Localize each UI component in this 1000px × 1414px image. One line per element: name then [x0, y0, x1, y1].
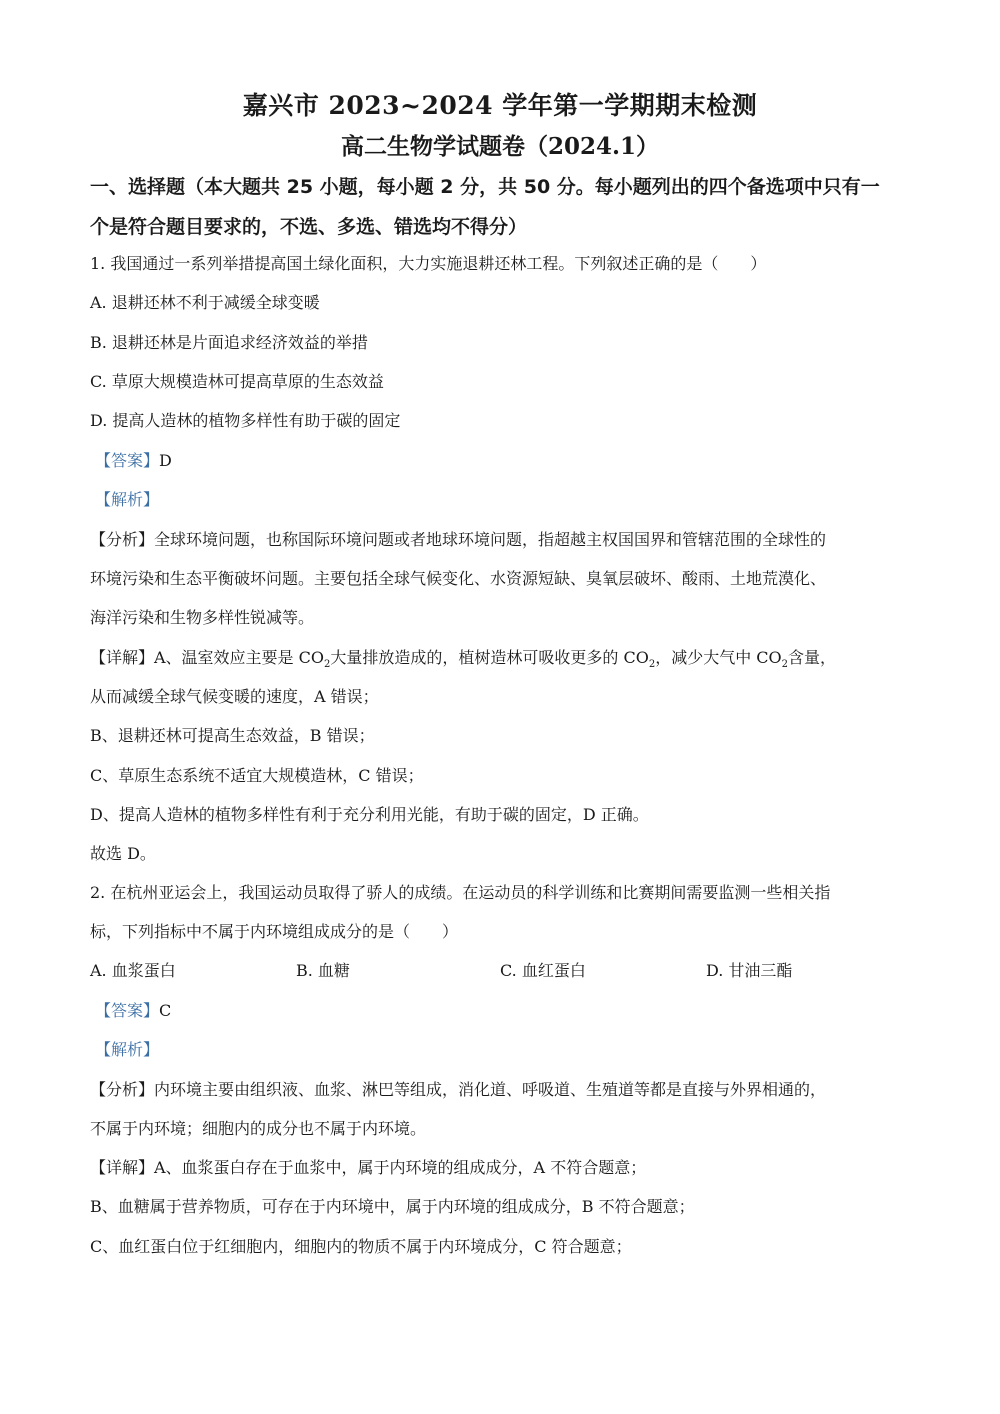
q2-detail-line: B、血糖属于营养物质，可存在于内环境中，属于内环境的组成成分，B 不符合题意；: [90, 1194, 695, 1217]
q1-analysis-tag: 【解析】: [95, 487, 159, 510]
q1-stem: 1. 我国通过一系列举措提高国土绿化面积，大力实施退耕还林工程。下列叙述正确的是…: [90, 251, 766, 274]
q2-option-c: C. 血红蛋白: [500, 958, 586, 981]
q1-detail-line: 【详解】A、温室效应主要是 CO2大量排放造成的，植树造林可吸收更多的 CO2，…: [90, 645, 836, 670]
q1-answer: 【答案】D: [95, 448, 172, 471]
q1-detail-line: C、草原生态系统不适宜大规模造林，C 错误；: [90, 763, 424, 786]
detail-text: 【详解】A、温室效应主要是 CO: [90, 648, 324, 667]
answer-value: D: [159, 451, 172, 470]
q1-analysis-line: 环境污染和生态平衡破坏问题。主要包括全球气候变化、水资源短缺、臭氧层破坏、酸雨、…: [90, 566, 826, 589]
answer-value: C: [159, 1001, 171, 1020]
q2-option-b: B. 血糖: [296, 958, 350, 981]
q2-option-d: D. 甘油三酯: [706, 958, 792, 981]
q1-analysis-line: 海洋污染和生物多样性锐减等。: [90, 605, 314, 628]
q2-detail-line: C、血红蛋白位于红细胞内，细胞内的物质不属于内环境成分，C 符合题意；: [90, 1234, 632, 1257]
section-header-line2: 个是符合题目要求的，不选、多选、错选均不得分）: [90, 212, 527, 239]
q1-analysis-line: 【分析】全球环境问题，也称国际环境问题或者地球环境问题，指超越主权国国界和管辖范…: [90, 527, 826, 550]
detail-text: ，减少大气中 CO: [655, 648, 781, 667]
q1-conclusion: 故选 D。: [90, 841, 156, 864]
q2-option-a: A. 血浆蛋白: [90, 958, 176, 981]
answer-tag: 【答案】: [95, 451, 159, 470]
page-subtitle: 高二生物学试题卷（2024.1）: [0, 128, 1000, 161]
q2-answer: 【答案】C: [95, 998, 171, 1021]
detail-text: 含量，: [788, 648, 836, 667]
q1-option-b: B. 退耕还林是片面追求经济效益的举措: [90, 330, 368, 353]
q2-analysis-tag: 【解析】: [95, 1037, 159, 1060]
q1-option-a: A. 退耕还林不利于减缓全球变暖: [90, 290, 320, 313]
section-header-line1: 一、选择题（本大题共 25 小题，每小题 2 分，共 50 分。每小题列出的四个…: [90, 172, 880, 199]
q2-stem-line1: 2. 在杭州亚运会上，我国运动员取得了骄人的成绩。在运动员的科学训练和比赛期间需…: [90, 880, 830, 903]
q1-option-c: C. 草原大规模造林可提高草原的生态效益: [90, 369, 384, 392]
q1-detail-line: B、退耕还林可提高生态效益，B 错误；: [90, 723, 375, 746]
q2-detail-line: 【详解】A、血浆蛋白存在于血浆中，属于内环境的组成成分，A 不符合题意；: [90, 1155, 646, 1178]
detail-text: 大量排放造成的，植树造林可吸收更多的 CO: [330, 648, 648, 667]
q1-option-d: D. 提高人造林的植物多样性有助于碳的固定: [90, 408, 400, 431]
q2-analysis-line: 不属于内环境；细胞内的成分也不属于内环境。: [90, 1116, 426, 1139]
q1-detail-line: D、提高人造林的植物多样性有利于充分利用光能，有助于碳的固定，D 正确。: [90, 802, 649, 825]
exam-page: 嘉兴市 2023~2024 学年第一学期期末检测 高二生物学试题卷（2024.1…: [0, 0, 1000, 1414]
q2-analysis-line: 【分析】内环境主要由组织液、血浆、淋巴等组成，消化道、呼吸道、生殖道等都是直接与…: [90, 1077, 826, 1100]
answer-tag: 【答案】: [95, 1001, 159, 1020]
q1-detail-line: 从而减缓全球气候变暖的速度，A 错误；: [90, 684, 379, 707]
page-title: 嘉兴市 2023~2024 学年第一学期期末检测: [0, 86, 1000, 122]
q2-stem-line2: 标，下列指标中不属于内环境组成成分的是（ ）: [90, 919, 458, 942]
